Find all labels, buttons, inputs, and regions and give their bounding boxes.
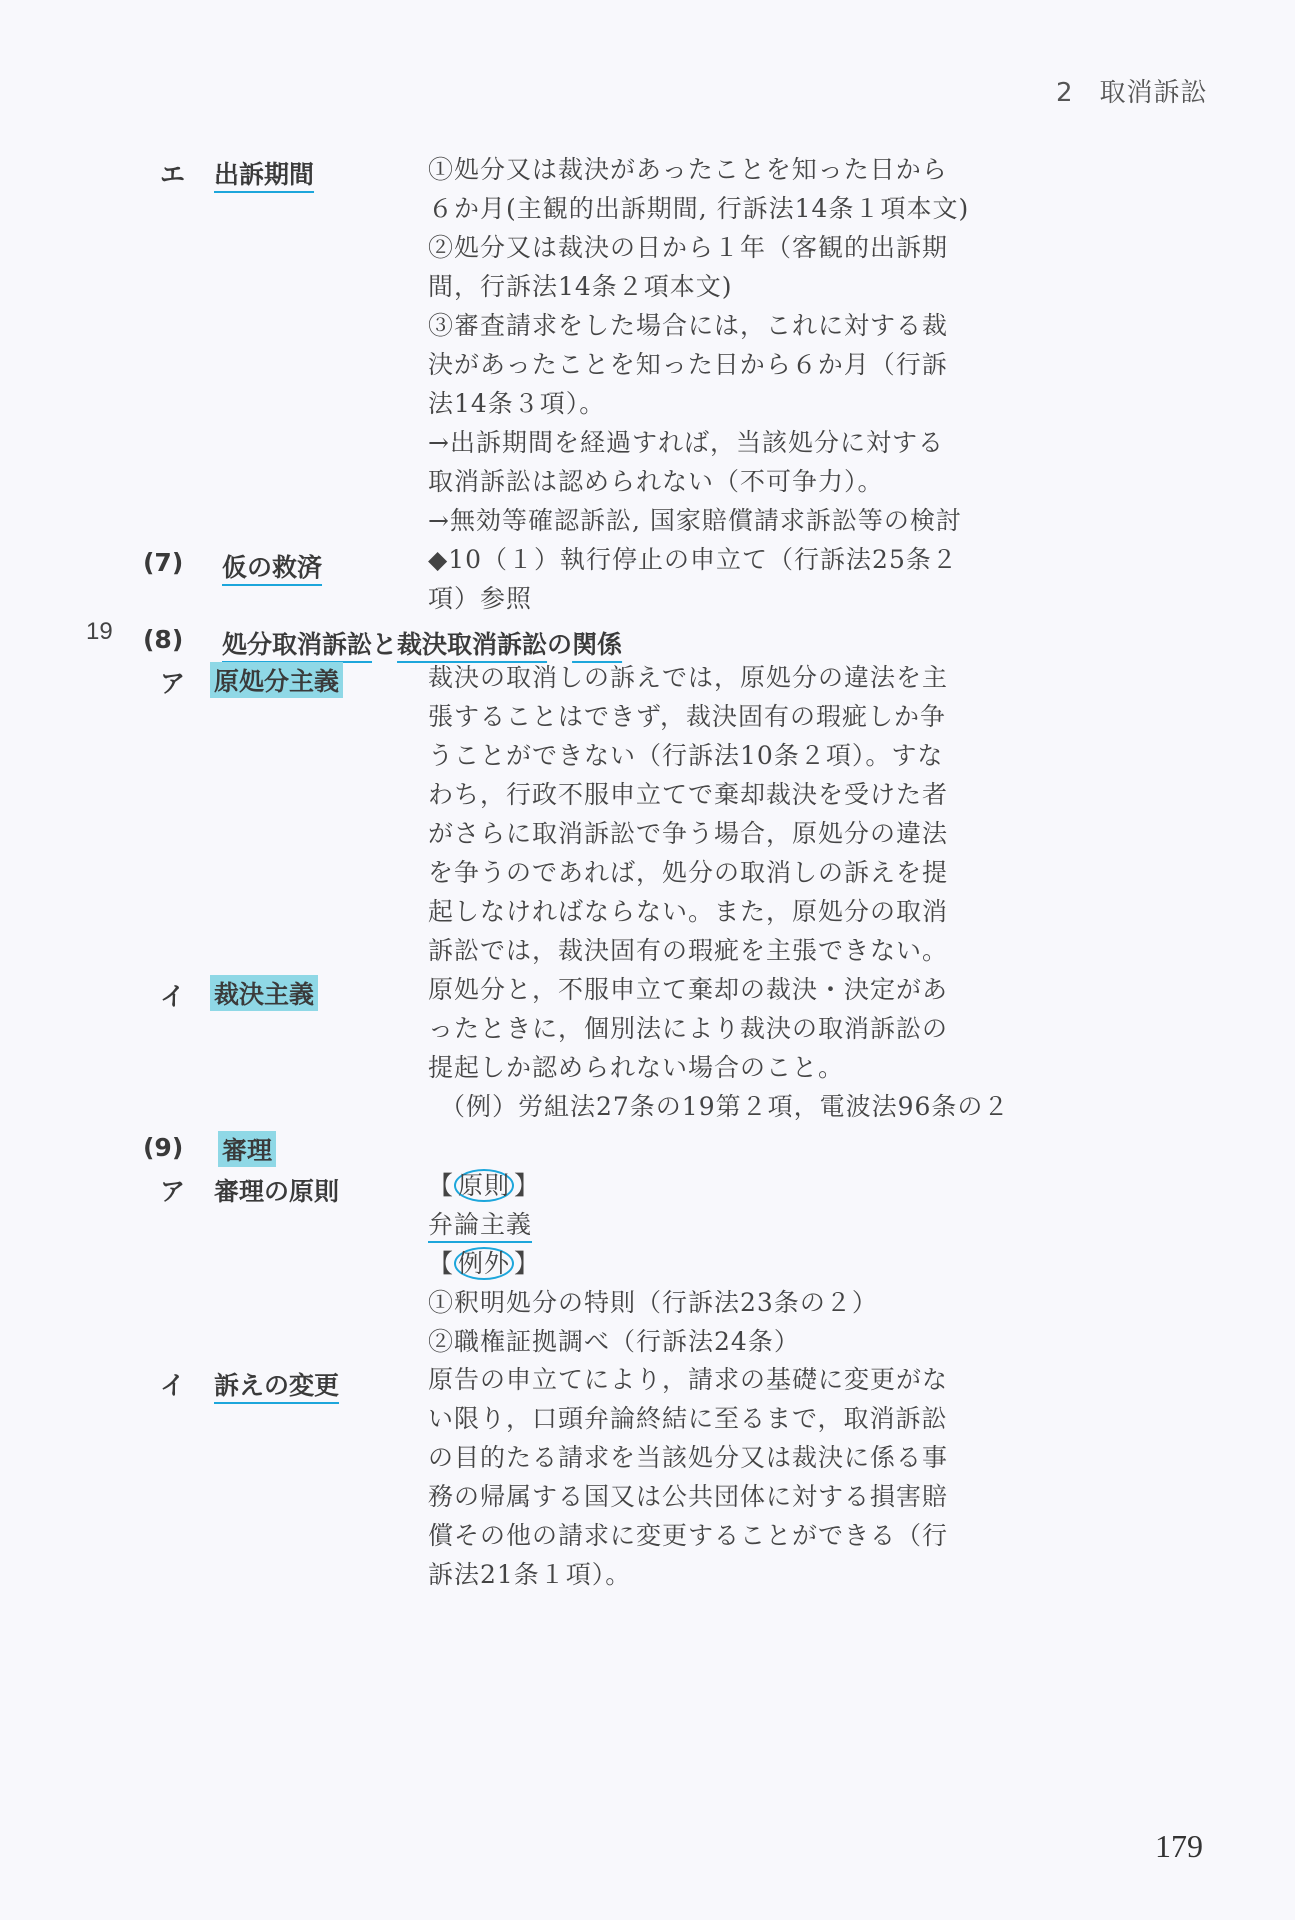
section-body: 原告の申立てにより，請求の基礎に変更がな い限り，口頭弁論終結に至るまで，取消訴… xyxy=(428,1360,983,1594)
section-body: 原処分と，不服申立て棄却の裁決・決定があ ったときに，個別法により裁決の取消訴訟… xyxy=(428,970,983,1126)
page-number: 179 xyxy=(1155,1828,1203,1865)
item-mark: ア xyxy=(160,664,185,700)
section-number: (8) xyxy=(143,625,183,654)
section-number: (7) xyxy=(143,548,183,577)
section-title: 審理の原則 xyxy=(214,1172,339,1208)
item-mark: イ xyxy=(160,1366,185,1402)
item-mark: ア xyxy=(160,1172,185,1208)
chapter-number: 2 xyxy=(1056,78,1074,108)
section-body: 裁決の取消しの訴えでは，原処分の違法を主 張することはできず，裁決固有の瑕疵しか… xyxy=(428,658,983,970)
section-title: 裁決主義 xyxy=(210,975,318,1011)
item-mark: イ xyxy=(160,977,185,1013)
section-title: 仮の救済 xyxy=(222,548,322,584)
section-title: 訴えの変更 xyxy=(214,1366,339,1402)
section-number: (9) xyxy=(143,1133,183,1162)
item-mark: エ xyxy=(160,155,185,191)
section-title: 原処分主義 xyxy=(210,662,343,698)
chapter-title: 取消訴訟 xyxy=(1100,78,1208,108)
section-body: 【原則】 弁論主義 【例外】 ①釈明処分の特則（行訴法23条の２） ②職権証拠調… xyxy=(428,1166,983,1361)
exception-label: 例外 xyxy=(454,1247,514,1280)
section-body: ①処分又は裁決があったことを知った日から ６か月(主観的出訴期間, 行訴法14条… xyxy=(428,150,983,540)
margin-note: 19 xyxy=(86,618,113,646)
section-title: 処分取消訴訟と裁決取消訴訟の関係 xyxy=(222,625,622,661)
running-head: 2取消訴訟 xyxy=(1056,72,1208,109)
section-title: 審理 xyxy=(218,1131,276,1167)
principle-text: 弁論主義 xyxy=(428,1210,532,1239)
section-body: ◆10（１）執行停止の申立て（行訴法25条２ 項）参照 xyxy=(428,540,983,618)
section-title: 出訴期間 xyxy=(214,155,314,191)
principle-label: 原則 xyxy=(454,1169,514,1202)
